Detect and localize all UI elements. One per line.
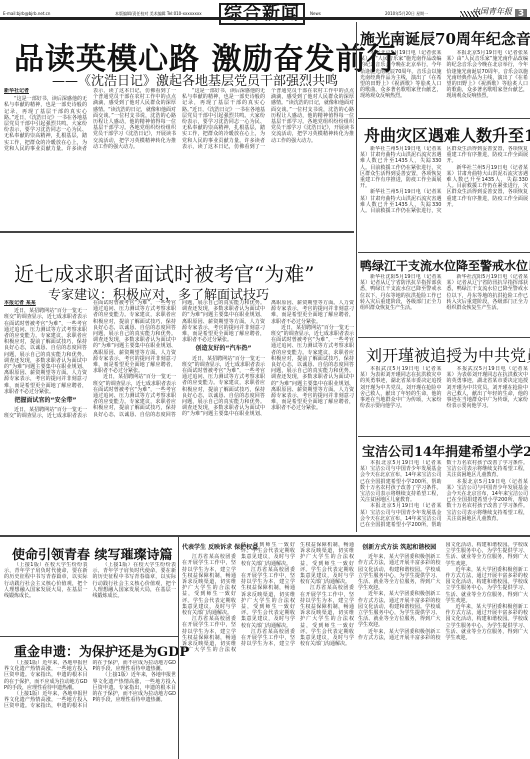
job-paragraph: 近日，某招聘网站“百分一览无一班交”的调查显示，近七成求职者表示在面试时曾被考官… xyxy=(271,325,354,412)
story-body: 本报北京5月19日电（记者张某某）由“人民音乐家”施光南作品改编的纪念音乐会今晚… xyxy=(360,50,528,116)
story-paragraph: 近年来，某大学团委积极创新工作方式方法，通过开展丰富多彩的校园文化活动，构建和谐… xyxy=(446,567,529,604)
story-paragraph: 新华社沈阳5月19日电（记者某某）记者从辽宁省防汛抗旱指挥部获悉，鸭绿江干支流水… xyxy=(360,274,442,311)
masthead-news-label: News xyxy=(310,11,321,16)
story-headline: 刘开瑾被追授为中共党员 xyxy=(366,343,530,366)
story-body: 本报北京5月19日电（记者某某）宝洁公司与中国青少年发展基金会今天在北京宣布，1… xyxy=(360,460,528,532)
divider xyxy=(358,337,530,338)
job-byline: 本报记者 某某 xyxy=(4,300,87,306)
story-headline: 舟曲灾区遇难人数升至1435人 xyxy=(364,123,530,146)
story-body: 新华社沈阳5月19日电（记者某某）记者从辽宁省防汛抗旱指挥部获悉，鸭绿江干支流水… xyxy=(360,274,528,334)
lead-story-body: 新华社记者 “这是一部好书，读后深感他的无私与奉献的精神，也是一部史诗般的记录，… xyxy=(4,88,354,228)
story-headline: 重金申遗：为保护还是为GDP xyxy=(14,641,189,660)
story-paragraph: 本报武汉5月19日电（记者某某）为表彰刘开瑾同志在抗洪救灾中的英勇事迹，湖北省某… xyxy=(360,366,442,409)
story-paragraph: 近年来，某大学团委积极创新工作方式方法，通过开展丰富多彩的校园文化活动，构建和谐… xyxy=(446,604,529,641)
story-paragraph: 江苏省某高校团委在开展学生工作中，坚持以学生为本，建立学生权益保障机制，畅通诉求… xyxy=(241,567,295,629)
lead-paragraph: “这是一部好书，读后深感他的无私与奉献的精神，也是一部史诗般的记录，再现了基层干… xyxy=(182,88,354,152)
story-body: 新华社兰州5月19日电（记者某某）甘肃舟曲特大山洪泥石流灾害遇难人数已升至143… xyxy=(360,146,528,250)
story-paragraph: 江苏省某高校团委在开展学生工作中，坚持以学生为本，建立学生权益保障机制，畅通诉求… xyxy=(182,554,236,616)
story-headline: 鸭绿江干支流水位降至警戒水位以下 xyxy=(360,257,530,274)
story-paragraph: （上接1版）在校大学生纷纷表示，青年学子肩负时代使命，要在新的历史征程中书写青春… xyxy=(93,562,177,599)
lead-byline: 新华社记者 xyxy=(4,88,87,94)
divider xyxy=(358,252,530,253)
story-paragraph: 新华社兰州5月19日电（记者某某）甘肃舟曲特大山洪泥石流灾害遇难人数已升至143… xyxy=(360,146,442,189)
story-body: 创新方式方法 筑起和谐校园 近年来，某大学团委积极创新工作方式方法，通过开展丰富… xyxy=(358,542,528,756)
lead-paragraph: “这是一部好书，读后深感他的无私与奉献的精神，也是一部史诗般的记录，再现了基层干… xyxy=(4,88,176,152)
divider xyxy=(0,231,354,233)
masthead-email: E-mail:bjrb@bjrb.net.cn xyxy=(3,11,50,16)
job-subhead: 把握面试官的“安全带” xyxy=(4,398,87,404)
story-paragraph: 近年来，某大学团委积极创新工作方式方法，通过开展丰富多彩的校园文化活动，构建和谐… xyxy=(358,554,441,591)
divider xyxy=(358,118,530,119)
story-headline: 创新方式方法 筑起和谐校园 xyxy=(358,545,441,551)
job-subhead: 创造友好的“汽车热” xyxy=(182,346,265,352)
story-headline: 代表学生 反映诉求 保护权益 xyxy=(182,545,236,551)
job-story-body: 本报记者 某某 近日，某招聘网站“百分一览无一班交”的调查显示，近七成求职者表示… xyxy=(4,300,354,532)
divider xyxy=(358,436,530,437)
story-body: （上接1版）在校大学生纷纷表示，青年学子肩负时代使命，要在新的历史征程中书写青春… xyxy=(4,562,176,632)
story-paragraph: 本报北京5月19日电（记者某某）宝洁公司与中国青少年发展基金会今天在北京宣布，1… xyxy=(447,479,529,522)
section-title: 综合新闻 xyxy=(219,3,305,25)
story-paragraph: （上接1版）近年来，各地申报世界文化遗产热情高涨，一些地方投入巨资申遗。专家指出… xyxy=(93,672,177,703)
column-divider xyxy=(356,22,357,532)
story-paragraph: 本报北京5月19日电（记者张某某）由“人民音乐家”施光南作品改编的纪念音乐会今晚… xyxy=(447,50,529,100)
lead-subheadline: ——《沈浩日记》激起各地基层党员干部强烈共鸣 xyxy=(52,70,338,89)
story-paragraph: 本报武汉5月19日电（记者某某）为表彰刘开瑾同志在抗洪救灾中的英勇事迹，湖北省某… xyxy=(447,366,529,409)
masthead-rule xyxy=(0,17,530,20)
story-headline: 施光南诞辰70周年纪念音乐会举行 xyxy=(360,28,530,49)
story-paragraph: 本报北京5月19日电（记者张某某）由“人民音乐家”施光南作品改编的纪念音乐会今晚… xyxy=(360,50,442,100)
story-paragraph: 新华社沈阳5月19日电（记者某某）记者从辽宁省防汛抗旱指挥部获悉，鸭绿江干支流水… xyxy=(447,274,529,311)
job-headline: 近七成求职者面试时被考官“为难” xyxy=(14,258,314,287)
story-body: 本报武汉5月19日电（记者某某）为表彰刘开瑾同志在抗洪救灾中的英勇事迹，湖北省某… xyxy=(360,366,528,430)
column-divider xyxy=(178,537,179,759)
story-headline: 宝洁公司14年捐建希望小学200所 xyxy=(362,441,530,460)
divider xyxy=(0,636,178,637)
story-paragraph: （上接1版）近年来，各地申报世界文化遗产热情高涨，一些地方投入巨资申遗。专家指出… xyxy=(4,660,88,691)
story-headline: 使命引领青春 续写璀璨诗篇 xyxy=(12,544,173,563)
divider xyxy=(0,535,530,537)
story-paragraph: 新华社兰州5月19日电（记者某某）甘肃舟曲特大山洪泥石流灾害遇难人数已升至143… xyxy=(447,165,529,208)
story-paragraph: 本报北京5月19日电（记者某某）宝洁公司与中国青少年发展基金会今天在北京宣布，1… xyxy=(360,460,442,503)
story-paragraph: （上接1版）在校大学生纷纷表示，青年学子肩负时代使命，要在新的历史征程中书写青春… xyxy=(4,562,88,599)
newspaper-logo: 中国青年报 xyxy=(472,6,512,17)
job-paragraph: 近日，某招聘网站“百分一览无一班交”的调查显示，近七成求职者表示在面试时曾被考官… xyxy=(4,308,87,395)
story-paragraph: 江苏省某高校团委在开展学生工作中，坚持以学生为本，建立学生权益保障机制，畅通诉求… xyxy=(300,585,354,647)
story-body: （上接1版）近年来，各地申报世界文化遗产热情高涨，一些地方投入巨资申遗。专家指出… xyxy=(4,660,176,756)
story-body: 代表学生 反映诉求 保护权益 江苏省某高校团委在开展学生工作中，坚持以学生为本，… xyxy=(182,542,354,756)
story-paragraph: 近年来，某大学团委积极创新工作方式方法，通过开展丰富多彩的校园文化活动，构建和谐… xyxy=(358,591,441,628)
